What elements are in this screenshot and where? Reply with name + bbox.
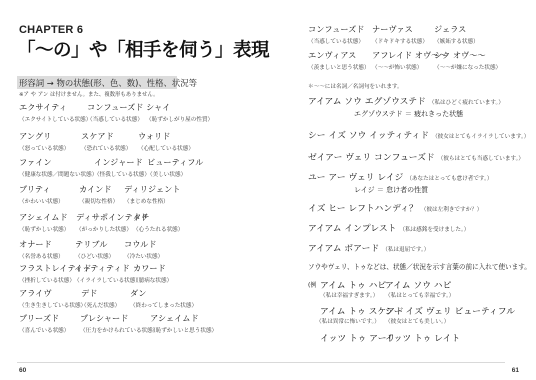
- example-sentence: シー イズ ソウ イッティティド（彼女はとてもイライラしています。）: [308, 128, 529, 141]
- vocab-entry: カインド （親切な性格）: [79, 184, 118, 205]
- vocab-entry: プリーズド （喜んでいる状態）: [19, 313, 69, 334]
- vocab-kana: シク オヴ〜〜: [434, 50, 501, 61]
- vocab-entry: アシェイムド （恥ずかしい状態）: [19, 212, 69, 233]
- sentence-translation: （私はひどく疲れています。）: [429, 100, 504, 106]
- sentence-kana: ゼイアー ヴェリ コンフューズド: [308, 153, 435, 163]
- vocab-entry: ビューティフル （美しい状態）: [147, 157, 203, 178]
- vocab-kana: ファイン: [19, 157, 97, 168]
- vocab-kana: エクサイティ: [19, 102, 91, 113]
- vocab-kana: テリブル: [75, 239, 114, 250]
- vocab-entry: オナード （名誉ある状態）: [19, 239, 64, 260]
- vocab-kana: ジェラス: [434, 24, 479, 35]
- vocab-kana: アシェイムド: [19, 212, 69, 223]
- vocab-entry: プリティ （かわいい状態）: [19, 184, 64, 205]
- example-sentence: イズ ヒー レフトハンディ？（彼は左利きですか？）: [308, 201, 482, 214]
- vocab-kana: デド: [81, 288, 120, 299]
- example-meaning: （私は異常に怖いです。）: [316, 317, 380, 325]
- vocab-kana: イッティティド: [74, 263, 141, 274]
- intensifier-explanation: ソウやヴェリ、トゥなどは、状態／状況を示す言葉の前に入れて使います。: [308, 261, 531, 271]
- example-phrase: アイム ソウ ハピ: [385, 278, 451, 291]
- vocab-entry: アライヴ （生き生きしている状態）: [19, 288, 86, 309]
- section-note: ※ア や アン は付けません。また、複数形もありません。: [19, 90, 158, 98]
- right-page: コンフューズド （当惑している状態） ナーヴァス （ドキドキする状態） ジェラス…: [268, 0, 536, 380]
- section-heading: 形容詞 → 物の状態(形、色、数)、性格、状況等: [19, 77, 197, 89]
- vocab-entry: コウルド （冷たい状態）: [124, 239, 163, 260]
- vocab-entry: ファイン （健康な状態／問題ない状態）: [19, 157, 97, 178]
- vocab-meaning: （ひどい状態）: [75, 252, 114, 260]
- vocab-kana: スケアド: [81, 131, 131, 142]
- vocab-entry: デド （死んだ状態）: [81, 288, 120, 309]
- vocab-kana: エンヴィアス: [308, 50, 370, 61]
- vocab-kana: オナード: [19, 239, 64, 250]
- sentence-translation: （彼らはとても当惑しています。）: [438, 156, 524, 162]
- vocab-meaning: （臆病な状態）: [133, 276, 172, 284]
- vocab-meaning: （心配している状態）: [138, 144, 194, 152]
- vocab-kana: ダン: [130, 288, 197, 299]
- vocab-meaning: （恥ずかしいと思う状態）: [150, 326, 217, 334]
- example-sentence: ゼイアー ヴェリ コンフューズド（彼らはとても当惑しています。）: [308, 150, 524, 163]
- vocab-meaning: （まじめな性格）: [124, 197, 181, 205]
- vocab-meaning: （恥ずかしがり屋の性質）: [146, 115, 213, 123]
- vocab-meaning: （怒っている状態）: [19, 144, 69, 152]
- sentence-kana: アイアム インプレスト: [308, 224, 396, 234]
- vocab-meaning: （〜〜が嫌になった状態）: [434, 63, 501, 71]
- example-sentence: アイアム ボアード（私は退屈です。）: [308, 241, 429, 254]
- noun-note: ＊〜〜には名詞／名詞句をいれます。: [308, 82, 403, 90]
- vocab-meaning: （羨ましいと思う状態）: [308, 63, 370, 71]
- vocab-meaning: （親切な性格）: [79, 197, 118, 205]
- vocab-entry: エクサイティ （エクサイトしている状態）: [19, 102, 91, 123]
- example-label: (例: [308, 280, 316, 289]
- vocab-kana: ビューティフル: [147, 157, 203, 168]
- vocab-entry: ナーヴァス （ドキドキする状態）: [372, 24, 428, 45]
- vocab-kana: ディリジェント: [124, 184, 181, 195]
- sentence-kana: イズ ヒー レフトハンディ？: [308, 204, 418, 214]
- vocab-kana: カワード: [133, 263, 172, 274]
- footer-divider: [17, 362, 505, 363]
- vocab-entry: シャイ （恥ずかしがり屋の性質）: [146, 102, 213, 123]
- vocab-kana: プリティ: [19, 184, 64, 195]
- vocab-meaning: （当惑している状態）: [87, 115, 144, 123]
- subnote-text: レイジ ＝ 怠け者の性質: [354, 186, 428, 194]
- vocab-meaning: （死んだ状態）: [81, 301, 120, 309]
- vocab-kana: ウォリド: [138, 131, 194, 142]
- vocab-meaning: （恐れている状態）: [81, 144, 131, 152]
- vocab-meaning: （喜んでいる状態）: [19, 326, 69, 334]
- example-sentence: アイアム インプレスト（私は感銘を受けました。）: [308, 221, 469, 234]
- vocab-kana: アシェイムド: [150, 313, 217, 324]
- vocab-kana: アライヴ: [19, 288, 86, 299]
- sentence-kana: ユー アー ヴェリ レイジ: [308, 173, 403, 183]
- vocab-entry: コンフューズド （当惑している状態）: [87, 102, 144, 123]
- vocab-meaning: （ドキドキする状態）: [372, 37, 428, 45]
- example-sentence: アイアム ソウ エグゾウステド（私はひどく疲れています。）: [308, 94, 504, 107]
- sentence-translation: （あなたはとっても怠け者です。）: [406, 176, 492, 182]
- vocab-meaning: （生き生きしている状態）: [19, 301, 86, 309]
- left-page: CHAPTER 6 「～の」や「相手を伺う」表現 形容詞 → 物の状態(形、色、…: [0, 0, 268, 380]
- vocab-kana: シャイ: [146, 102, 213, 113]
- vocab-meaning: （イライラしている状態）: [74, 276, 141, 284]
- subnote-text: エグゾウステド ＝ 疲れきった状態: [354, 110, 463, 118]
- vocab-entry: ジェラス （嫉妬する状態）: [434, 24, 479, 45]
- vocab-entry: ディリジェント （まじめな性格）: [124, 184, 181, 205]
- example-phrase: アイム トゥ ハピ: [320, 278, 386, 291]
- vocab-meaning: （当惑している状態）: [308, 37, 365, 45]
- vocab-meaning: （健康な状態／問題ない状態）: [19, 170, 97, 178]
- sentence-subnote: レイジ ＝ 怠け者の性質: [354, 185, 428, 195]
- vocab-kana: プリーズド: [19, 313, 69, 324]
- vocab-kana: コウルド: [124, 239, 163, 250]
- vocab-kana: タチ: [133, 212, 183, 223]
- vocab-entry: エンヴィアス （羨ましいと思う状態）: [308, 50, 370, 71]
- sentence-kana: シー イズ ソウ イッティティド: [308, 131, 429, 141]
- vocab-kana: ナーヴァス: [372, 24, 428, 35]
- vocab-entry: アシェイムド （恥ずかしいと思う状態）: [150, 313, 217, 334]
- vocab-meaning: （エクサイトしている状態）: [19, 115, 91, 123]
- example-meaning: （私は幸福すぎます。）: [320, 291, 378, 299]
- vocab-meaning: （名誉ある状態）: [19, 252, 64, 260]
- vocab-entry: コンフューズド （当惑している状態）: [308, 24, 365, 45]
- page-number-left: 60: [19, 367, 26, 374]
- vocab-entry: スケアド （恐れている状態）: [81, 131, 131, 152]
- example-meaning: （彼女はとても美しい。）: [385, 317, 449, 325]
- sentence-translation: （私は感銘を受けました。）: [399, 227, 469, 233]
- sentence-translation: （彼女はとてもイライラしています。）: [432, 134, 529, 140]
- vocab-kana: コンフューズド: [308, 24, 365, 35]
- vocab-meaning: （冷たい状態）: [124, 252, 163, 260]
- example-phrase: シー イズ ヴェリ ビューティフル: [385, 304, 515, 317]
- vocab-kana: プレシャード: [80, 313, 158, 324]
- sentence-subnote: エグゾウステド ＝ 疲れきった状態: [354, 109, 463, 119]
- vocab-meaning: （美しい状態）: [147, 170, 203, 178]
- vocab-meaning: （恥ずかしい状態）: [19, 225, 69, 233]
- vocab-entry: テリブル （ひどい状態）: [75, 239, 114, 260]
- vocab-entry: カワード （臆病な状態）: [133, 263, 172, 284]
- vocab-meaning: （怪我している状態）: [94, 170, 150, 178]
- vocab-entry: ダン （終わってしまった状態）: [130, 288, 197, 309]
- vocab-meaning: （かわいい状態）: [19, 197, 64, 205]
- vocab-entry: プレシャード （圧力をかけられている状態）: [80, 313, 158, 334]
- vocab-entry: ウォリド （心配している状態）: [138, 131, 194, 152]
- vocab-entry: インジャード （怪我している状態）: [94, 157, 150, 178]
- vocab-meaning: （嫉妬する状態）: [434, 37, 479, 45]
- vocab-meaning: （心うたれる状態）: [133, 225, 183, 233]
- sentence-translation: （私は退屈です。）: [382, 247, 429, 253]
- vocab-kana: コンフューズド: [87, 102, 144, 113]
- vocab-kana: カインド: [79, 184, 118, 195]
- sentence-kana: アイアム ボアード: [308, 244, 379, 254]
- example-sentence: ユー アー ヴェリ レイジ（あなたはとっても怠け者です。）: [308, 170, 492, 183]
- page-number-right: 61: [512, 367, 519, 374]
- vocab-meaning: （圧力をかけられている状態）: [80, 326, 158, 334]
- vocab-kana: インジャード: [94, 157, 150, 168]
- page-title: 「～の」や「相手を伺う」表現: [17, 36, 269, 62]
- vocab-entry: アングリ （怒っている状態）: [19, 131, 69, 152]
- vocab-meaning: （終わってしまった状態）: [130, 301, 197, 309]
- vocab-entry: タチ （心うたれる状態）: [133, 212, 183, 233]
- vocab-entry: シク オヴ〜〜 （〜〜が嫌になった状態）: [434, 50, 501, 71]
- example-meaning: （私はとっても幸福です。）: [385, 291, 454, 299]
- chapter-label: CHAPTER 6: [19, 24, 83, 36]
- vocab-kana: アングリ: [19, 131, 69, 142]
- example-phrase: イッツ トゥ レイト: [385, 331, 460, 344]
- sentence-translation: （彼は左利きですか？）: [421, 207, 483, 213]
- sentence-kana: アイアム ソウ エグゾウステド: [308, 97, 426, 107]
- vocab-entry: イッティティド （イライラしている状態）: [74, 263, 141, 284]
